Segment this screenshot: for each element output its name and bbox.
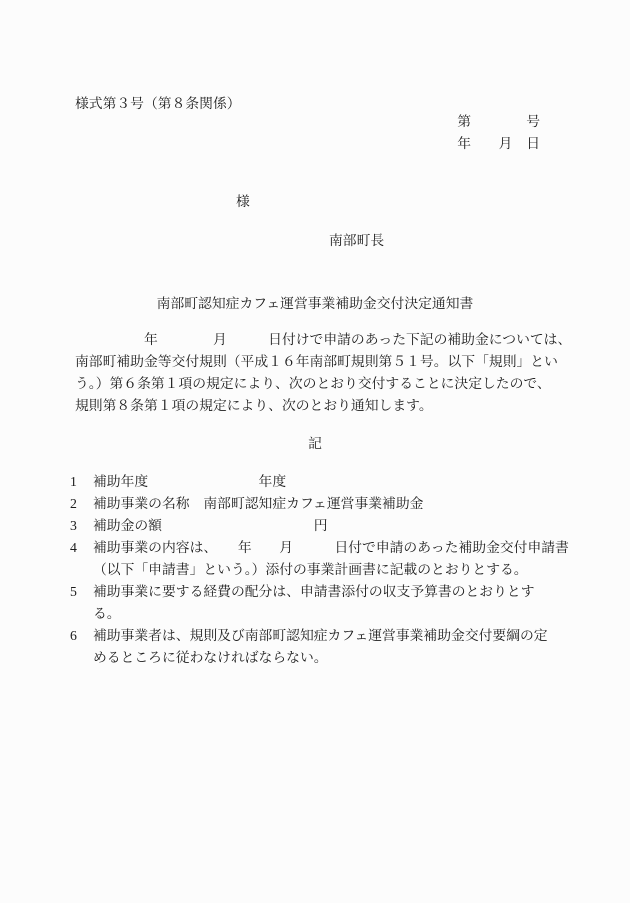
list-item: 5 補助事業に要する経費の配分は、申請書添付の収支予算書のとおりとす [70, 581, 610, 603]
body-paragraph: 年 月 日付けで申請のあった下記の補助金については、 南部町補助金等交付規則（平… [75, 329, 575, 417]
list-item-continuation: めるところに従わなければならない。 [70, 647, 610, 669]
document-number-block: 第 号 年 月 日 [75, 111, 540, 155]
body-line: 年 月 日付けで申請のあった下記の補助金については、 [75, 329, 575, 351]
list-item-number [70, 647, 93, 669]
date-line: 年 月 日 [75, 133, 540, 155]
list-item-number: 3 [70, 515, 93, 537]
document-number-line: 第 号 [75, 111, 540, 133]
addressee-suffix: 様 [236, 191, 250, 213]
list-item-text: 補助年度 年度 [93, 471, 286, 493]
list-item-continuation: る。 [70, 603, 610, 625]
list-item-continuation: （以下「申請書」という。）添付の事業計画書に記載のとおりとする。 [70, 559, 610, 581]
list-item-number [70, 559, 93, 581]
list-item-number: 1 [70, 471, 93, 493]
list-item: 1 補助年度 年度 [70, 471, 610, 493]
items-list: 1 補助年度 年度 2 補助事業の名称 南部町認知症カフェ運営事業補助金 3 補… [70, 471, 610, 669]
document-page: 様式第３号（第８条関係） 第 号 年 月 日 様 南部町長 南部町認知症カフェ運… [0, 0, 630, 903]
list-item-text: 補助事業者は、規則及び南部町認知症カフェ運営事業補助金交付要綱の定 [93, 625, 548, 647]
list-item-text: る。 [93, 603, 121, 625]
list-item: 6 補助事業者は、規則及び南部町認知症カフェ運営事業補助金交付要綱の定 [70, 625, 610, 647]
body-line: 規則第８条第１項の規定により、次のとおり通知します。 [75, 395, 575, 417]
ki-heading: 記 [0, 433, 630, 455]
list-item-text: めるところに従わなければならない。 [93, 647, 328, 669]
list-item: 3 補助金の額 円 [70, 515, 610, 537]
list-item-number: 4 [70, 537, 93, 559]
list-item-number: 5 [70, 581, 93, 603]
list-item-number [70, 603, 93, 625]
list-item: 2 補助事業の名称 南部町認知症カフェ運営事業補助金 [70, 493, 610, 515]
list-item-text: 補助事業の名称 南部町認知症カフェ運営事業補助金 [93, 493, 423, 515]
list-item-text: 補助事業に要する経費の配分は、申請書添付の収支予算書のとおりとす [93, 581, 535, 603]
list-item-text: （以下「申請書」という。）添付の事業計画書に記載のとおりとする。 [93, 559, 528, 581]
list-item-text: 補助金の額 円 [93, 515, 328, 537]
body-line: 南部町補助金等交付規則（平成１６年南部町規則第５１号。以下「規則」とい [75, 351, 575, 373]
list-item-text: 補助事業の内容は、 年 月 日付で申請のあった補助金交付申請書 [93, 537, 569, 559]
list-item-number: 6 [70, 625, 93, 647]
list-item-number: 2 [70, 493, 93, 515]
body-line: う。）第６条第１項の規定により、次のとおり交付することに決定したので、 [75, 373, 575, 395]
sender-title: 南部町長 [329, 230, 384, 252]
document-title: 南部町認知症カフェ運営事業補助金交付決定通知書 [0, 293, 630, 315]
list-item: 4 補助事業の内容は、 年 月 日付で申請のあった補助金交付申請書 [70, 537, 610, 559]
